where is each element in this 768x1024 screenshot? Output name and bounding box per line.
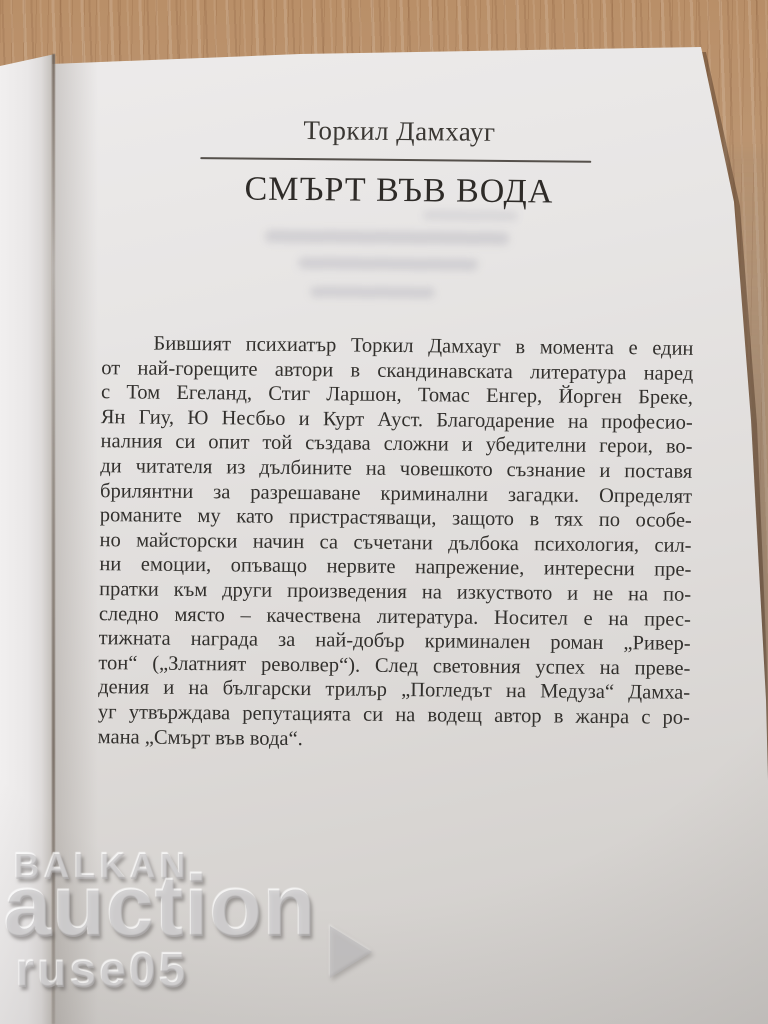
book-photo: Торкил Дамхауг СМЪРТ ВЪВ ВОДА Бившият пс… <box>0 0 768 1024</box>
watermark-brand-main: auction <box>4 858 317 957</box>
paragraph: Бившият психиатър Торкил Дамхауг в момен… <box>98 331 694 755</box>
author-name: Торкил Дамхауг <box>103 113 695 150</box>
watermark-username: ruse05 <box>16 944 189 999</box>
bleed-through-text <box>264 230 509 245</box>
play-triangle-icon <box>330 926 372 978</box>
book-title: СМЪРТ ВЪВ ВОДА <box>103 169 695 213</box>
bleed-through-text <box>310 286 435 298</box>
title-divider-rule <box>200 157 591 163</box>
bleed-through-text <box>423 210 518 221</box>
bleed-through-text <box>298 257 478 271</box>
